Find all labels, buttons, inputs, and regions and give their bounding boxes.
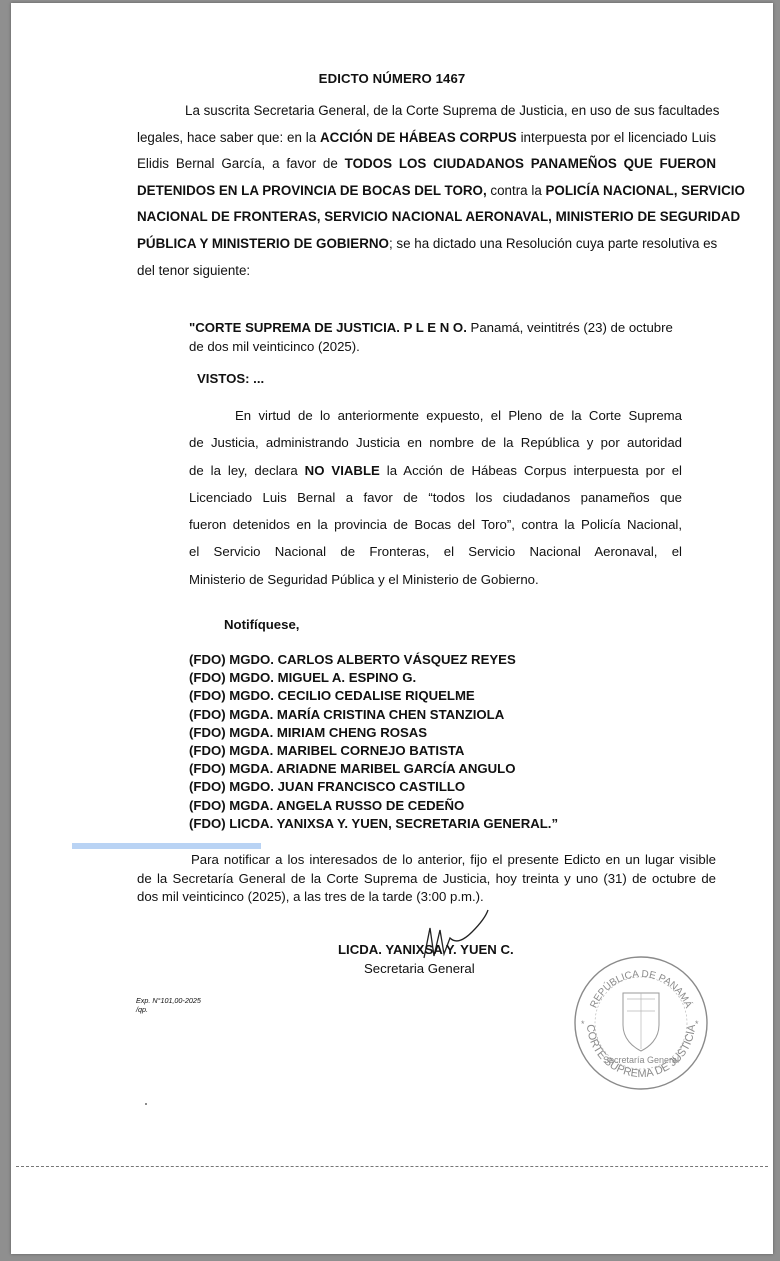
text-selection-highlight — [72, 843, 261, 849]
notifiquese-label: Notifíquese, — [224, 617, 299, 632]
signatories-list: (FDO) MGDO. CARLOS ALBERTO VÁSQUEZ REYES… — [189, 651, 558, 833]
text-line: de la ley, declara NO VIABLE la Acción d… — [189, 457, 682, 484]
svg-text:Secretaría General: Secretaría General — [603, 1055, 679, 1065]
resolution-paragraph: En virtud de lo anteriormente expuesto, … — [189, 402, 682, 593]
closing-line: dos mil veinticinco (2025), a las tres d… — [137, 888, 716, 907]
text-line: Elidis Bernal García, a favor de TODOS L… — [137, 151, 716, 178]
signatory-line: (FDO) MGDA. MARIBEL CORNEJO BATISTA — [189, 742, 558, 760]
text-line: del tenor siguiente: — [137, 258, 716, 285]
signatory-line: (FDO) MGDA. MARÍA CRISTINA CHEN STANZIOL… — [189, 706, 558, 724]
document-page: EDICTO NÚMERO 1467 La suscrita Secretari… — [11, 3, 773, 1254]
text-line: NACIONAL DE FRONTERAS, SERVICIO NACIONAL… — [137, 204, 716, 231]
text-line: La suscrita Secretaria General, de la Co… — [137, 98, 716, 125]
intro-paragraph: La suscrita Secretaria General, de la Co… — [137, 98, 716, 284]
text-line: fueron detenidos en la provincia de Boca… — [189, 511, 682, 538]
svg-text:*: * — [695, 1019, 699, 1029]
case-reference: Exp. N°101,00-2025 /qp. — [136, 996, 201, 1014]
signatory-line: (FDO) MGDA. ANGELA RUSSO DE CEDEÑO — [189, 797, 558, 815]
resolution-date-line2: de dos mil veinticinco (2025). — [189, 337, 684, 356]
text-line: Licenciado Luis Bernal a favor de “todos… — [189, 484, 682, 511]
closing-paragraph: Para notificar a los interesados de lo a… — [137, 851, 716, 907]
court-heading: "CORTE SUPREMA DE JUSTICIA. P L E N O. — [189, 320, 467, 335]
signer-name: LICDA. YANIXSA Y. YUEN C. — [338, 942, 514, 957]
scan-speck — [145, 1103, 147, 1105]
vistos-label: VISTOS: ... — [197, 371, 264, 386]
handwritten-signature — [416, 908, 496, 968]
expediente-number: Exp. N°101,00-2025 — [136, 996, 201, 1005]
footer-rule — [16, 1166, 768, 1167]
svg-text:REPÚBLICA DE PANAMÁ: REPÚBLICA DE PANAMÁ — [588, 969, 695, 1010]
signatory-line: (FDO) MGDO. CECILIO CEDALISE RIQUELME — [189, 687, 558, 705]
signatory-line: (FDO) MGDO. CARLOS ALBERTO VÁSQUEZ REYES — [189, 651, 558, 669]
svg-text:*: * — [581, 1019, 585, 1029]
text-line: Ministerio de Seguridad Pública y el Min… — [189, 566, 682, 593]
signatory-line: (FDO) MGDO. JUAN FRANCISCO CASTILLO — [189, 778, 558, 796]
text-line: legales, hace saber que: en la ACCIÓN DE… — [137, 125, 716, 152]
text-line: el Servicio Nacional de Fronteras, el Se… — [189, 538, 682, 565]
signer-role: Secretaria General — [364, 961, 475, 976]
text-line: de Justicia, administrando Justicia en n… — [189, 429, 682, 456]
text-line: DETENIDOS EN LA PROVINCIA DE BOCAS DEL T… — [137, 178, 716, 205]
signatory-line: (FDO) MGDO. MIGUEL A. ESPINO G. — [189, 669, 558, 687]
closing-line: Para notificar a los interesados de lo a… — [137, 851, 716, 870]
signatory-line: (FDO) LICDA. YANIXSA Y. YUEN, SECRETARIA… — [189, 815, 558, 833]
text-line: PÚBLICA Y MINISTERIO DE GOBIERNO; se ha … — [137, 231, 716, 258]
official-seal-stamp: REPÚBLICA DE PANAMÁ CORTE SUPREMA DE JUS… — [571, 953, 711, 1093]
signatory-line: (FDO) MGDA. ARIADNE MARIBEL GARCÍA ANGUL… — [189, 760, 558, 778]
resolution-header: "CORTE SUPREMA DE JUSTICIA. P L E N O. P… — [189, 318, 684, 356]
edict-title: EDICTO NÚMERO 1467 — [11, 71, 773, 86]
text-line: En virtud de lo anteriormente expuesto, … — [189, 402, 682, 429]
resolution-date: Panamá, veintitrés (23) de octubre — [467, 320, 673, 335]
signatory-line: (FDO) MGDA. MIRIAM CHENG ROSAS — [189, 724, 558, 742]
closing-line: de la Secretaría General de la Corte Sup… — [137, 870, 716, 889]
typist-initials: /qp. — [136, 1005, 201, 1014]
